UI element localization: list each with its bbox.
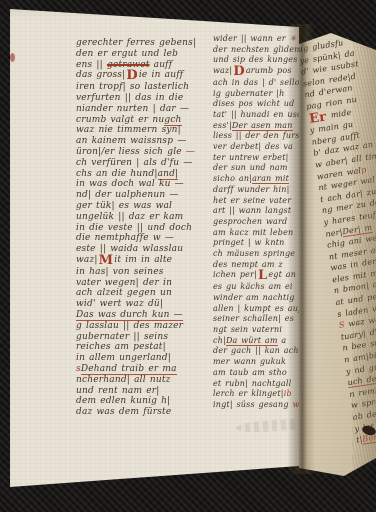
fore-edge-page-stack [352, 36, 376, 472]
manuscript-photo-frame: gerechter ferres gebens|den er ergut und… [0, 0, 376, 512]
ink-text: mide [326, 107, 352, 120]
ink-text: ner| [325, 227, 343, 238]
red-stain [10, 53, 15, 62]
